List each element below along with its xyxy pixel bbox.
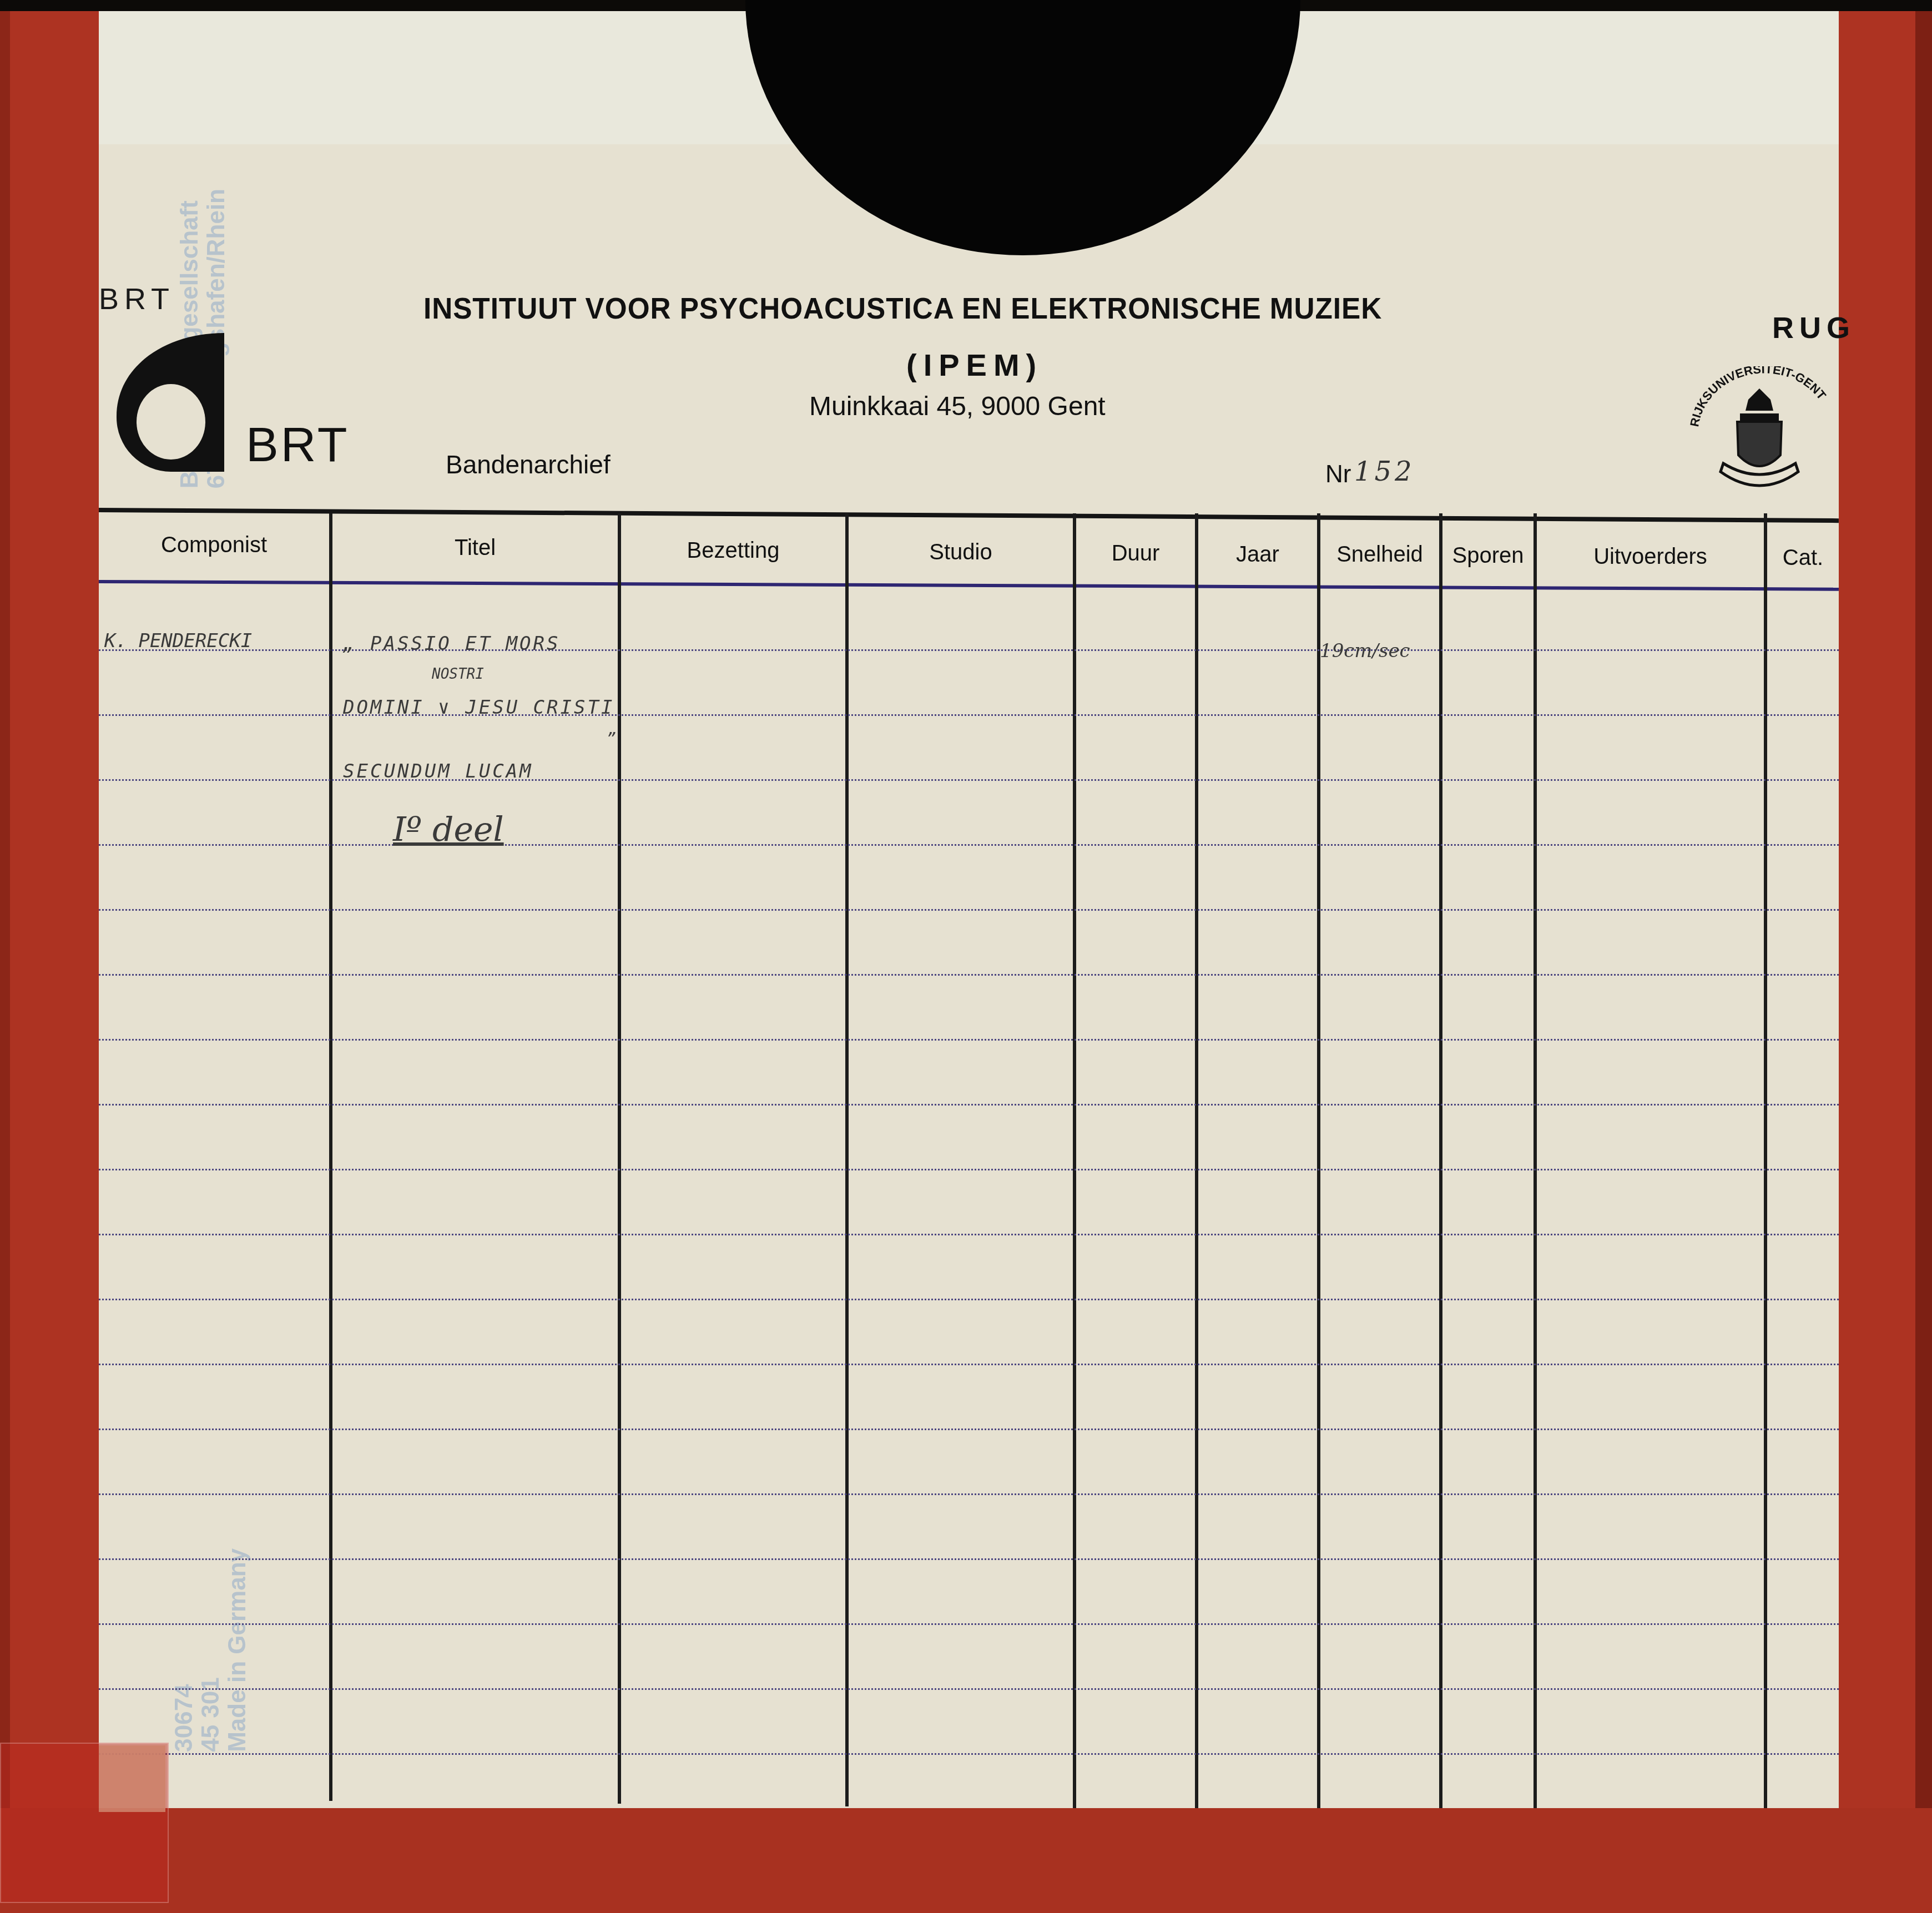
ruled-line xyxy=(99,1558,1839,1560)
column-header-snelheid: Snelheid xyxy=(1320,542,1439,567)
archive-table: Componist Titel Bezetting Studio Duur Ja… xyxy=(99,508,1839,1809)
ruled-line xyxy=(99,1169,1839,1170)
column-header-uitvoerders: Uitvoerders xyxy=(1537,544,1764,569)
handwritten-title-line-3: SECUNDUM LUCAM xyxy=(343,760,533,783)
handwritten-part-label: Iº deel xyxy=(393,810,504,849)
column-divider xyxy=(329,513,332,1801)
sleeve-right-edge xyxy=(1915,0,1932,1913)
brt-logo-icon xyxy=(115,333,224,472)
ruled-line xyxy=(99,844,1839,846)
handwritten-speed: 19cm/sec xyxy=(1320,640,1410,662)
institute-address: Muinkkaai 45, 9000 Gent xyxy=(809,391,1106,422)
finger-notch-cutout xyxy=(745,0,1300,255)
number-value: 152 xyxy=(1354,456,1415,487)
ruled-line xyxy=(99,1364,1839,1365)
ruled-line xyxy=(99,1104,1839,1106)
column-divider xyxy=(1317,513,1320,1809)
university-seal-icon: RIJKSUNIVERSITEIT-GENT xyxy=(1687,366,1832,505)
ruled-line xyxy=(99,1299,1839,1300)
handwritten-title-line-1: „ PASSIO ET MORS xyxy=(343,633,561,655)
header-separator-rule xyxy=(99,580,1839,591)
sleeve-bottom-flap xyxy=(0,1808,1932,1913)
brt-logo-text: BRT xyxy=(246,416,349,473)
ruled-line xyxy=(99,909,1839,911)
handwritten-composer: K. PENDERECKI xyxy=(104,630,252,652)
column-header-cat: Cat. xyxy=(1767,546,1839,571)
ruled-line xyxy=(99,1688,1839,1690)
red-tape-patch xyxy=(0,1743,169,1903)
ruled-line xyxy=(99,1623,1839,1625)
column-divider xyxy=(1764,513,1767,1809)
column-header-bezetting: Bezetting xyxy=(621,538,845,563)
column-divider xyxy=(618,513,621,1804)
index-card: BASF Aktiengesellschaft 6700 Ludwigshafe… xyxy=(99,11,1839,1812)
column-divider xyxy=(1439,513,1442,1809)
institute-abbreviation: (IPEM) xyxy=(906,347,1043,383)
column-header-studio: Studio xyxy=(849,540,1073,565)
table-top-rule xyxy=(99,508,1839,523)
handwritten-title-insert: NOSTRI xyxy=(432,666,484,683)
institute-title: INSTITUUT VOOR PSYCHOACUSTICA EN ELEKTRO… xyxy=(423,291,1382,326)
column-divider xyxy=(1534,513,1537,1809)
number-label: Nr xyxy=(1325,461,1351,488)
rug-label: RUG xyxy=(1772,311,1855,345)
column-header-jaar: Jaar xyxy=(1198,542,1317,567)
column-header-titel: Titel xyxy=(332,536,618,561)
ruled-line xyxy=(99,974,1839,976)
ruled-line xyxy=(99,1234,1839,1235)
brt-small-label: BRT xyxy=(99,282,175,316)
ruled-line xyxy=(99,1429,1839,1430)
ruled-line xyxy=(99,1493,1839,1495)
archive-label: Bandenarchief xyxy=(446,450,611,479)
column-header-duur: Duur xyxy=(1076,541,1195,566)
handwritten-title-line-2: DOMINI ∨ JESU CRISTI xyxy=(343,696,614,719)
column-header-componist: Componist xyxy=(99,533,329,558)
handwritten-quote-mark: ” xyxy=(607,730,616,748)
sleeve-left-edge xyxy=(0,0,10,1913)
column-divider xyxy=(1073,513,1076,1809)
ruled-line xyxy=(99,1753,1839,1755)
column-divider xyxy=(1195,513,1198,1809)
ruled-line xyxy=(99,1039,1839,1041)
column-divider xyxy=(845,513,849,1806)
column-header-sporen: Sporen xyxy=(1441,543,1535,568)
